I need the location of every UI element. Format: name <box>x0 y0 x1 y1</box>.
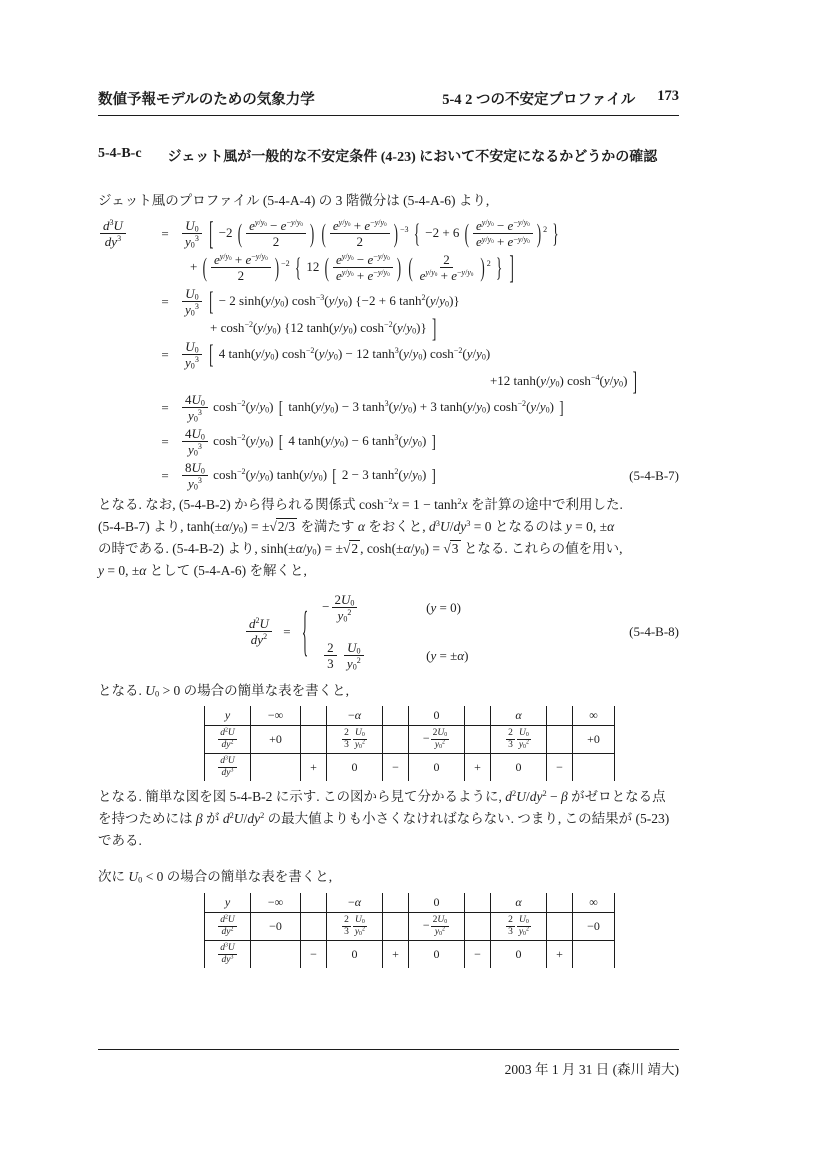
table-cell: 0 <box>409 940 465 967</box>
text-line: となる. なお, (5-4-B-2) から得られる関係式 cosh−2x = 1… <box>98 494 679 516</box>
equation-tag: (5-4-B-7) <box>629 468 679 484</box>
table-cell <box>301 893 327 913</box>
table-cell: −0 <box>251 912 301 940</box>
table-cell: + <box>301 754 327 781</box>
table-cell: y <box>205 706 251 726</box>
table-cell: d3Udy3 <box>205 754 251 781</box>
header-right: 5-4 2 つの不安定プロファイル 173 <box>442 88 679 109</box>
table-cell <box>383 706 409 726</box>
table-cell <box>547 706 573 726</box>
table-cell: 0 <box>409 754 465 781</box>
table-cell: d2Udy2 <box>205 726 251 754</box>
equation-rhs: 8U0y03 cosh−2(y/y0) tanh(y/y0) [ 2 − 3 t… <box>180 460 438 492</box>
table-row: d2Udy2+023U0y02−2U0y0223U0y02+0 <box>205 726 615 754</box>
table-cell: − <box>383 754 409 781</box>
table-cell <box>465 726 491 754</box>
case-row: −2U0y02 (y = 0) <box>322 592 468 624</box>
equals-sign: = <box>150 226 180 242</box>
table-cell <box>383 893 409 913</box>
equals-sign: = <box>150 347 180 363</box>
equation-line: =4U0y03 cosh−2(y/y0) [ 4 tanh(y/y0) − 6 … <box>98 426 679 458</box>
equals-sign: = <box>150 468 180 484</box>
table-cell: −α <box>327 706 383 726</box>
table-cell <box>547 893 573 913</box>
equation-rhs: + cosh−2(y/y0) {12 tanh(y/y0) cosh−2(y/y… <box>210 320 438 337</box>
equation-line: + (ey/y0 + e−y/y02)−2 { 12 (ey/y0 − e−y/… <box>98 252 679 284</box>
table-cell: − <box>301 940 327 967</box>
case-value: −2U0y02 <box>322 592 406 624</box>
table-cell: − <box>547 754 573 781</box>
equation-line: +12 tanh(y/y0) cosh−4(y/y0) ] <box>98 373 679 390</box>
table-row: d3Udy3−0+0−0+ <box>205 940 615 967</box>
table-cell: −α <box>327 893 383 913</box>
case-condition: (y = ±α) <box>426 648 468 664</box>
table-cell: d2Udy2 <box>205 912 251 940</box>
table-row: y−∞−α0α∞ <box>205 893 615 913</box>
equation-5-4-B-8: d2Udy2 = { −2U0y02 (y = 0) 23 U0y02 (y =… <box>98 592 679 672</box>
equation-rhs: +12 tanh(y/y0) cosh−4(y/y0) ] <box>490 373 639 390</box>
table-cell <box>251 940 301 967</box>
equation-line: d3Udy3=U0y03 [ −2 (ey/y0 − e−y/y02) (ey/… <box>98 218 679 250</box>
table-cell: α <box>491 706 547 726</box>
equation-line: + cosh−2(y/y0) {12 tanh(y/y0) cosh−2(y/y… <box>98 320 679 337</box>
section-title: ジェット風が一般的な不安定条件 (4-23) において不安定になるかどうかの確認 <box>168 146 658 166</box>
page-footer: 2003 年 1 月 31 日 (森川 靖大) <box>98 1049 679 1078</box>
equation-lhs: d3Udy3 <box>98 218 150 250</box>
table-cell: +0 <box>251 726 301 754</box>
equation-line: =U0y03 [ 4 tanh(y/y0) cosh−2(y/y0) − 12 … <box>98 339 679 371</box>
table-cell: 0 <box>327 940 383 967</box>
table-cell: 23U0y02 <box>491 912 547 940</box>
table-cell: ∞ <box>573 893 615 913</box>
table-cell: + <box>383 940 409 967</box>
cases-column: −2U0y02 (y = 0) 23 U0y02 (y = ±α) <box>322 592 468 672</box>
table-row: y−∞−α0α∞ <box>205 706 615 726</box>
table-cell: +0 <box>573 726 615 754</box>
table-cell: 0 <box>409 706 465 726</box>
table-cell: 23U0y02 <box>327 912 383 940</box>
equation-line: =U0y03 [ − 2 sinh(y/y0) cosh−3(y/y0) {−2… <box>98 286 679 318</box>
table-row: d3Udy3+0−0+0− <box>205 754 615 781</box>
case-row: 23 U0y02 (y = ±α) <box>322 640 468 672</box>
case-condition: (y = 0) <box>426 600 461 616</box>
text-line: の時である. (5-4-B-2) より, sinh(±α/y0) = ±√2, … <box>98 538 679 560</box>
table1-intro: となる. U0 > 0 の場合の簡単な表を書くと, <box>98 680 679 702</box>
table-cell: 0 <box>491 754 547 781</box>
equals-sign: = <box>150 434 180 450</box>
table-cell <box>573 754 615 781</box>
table-row: d2Udy2−023U0y02−2U0y0223U0y02−0 <box>205 912 615 940</box>
document-page: 数値予報モデルのための気象力学 5-4 2 つの不安定プロファイル 173 5-… <box>98 0 679 973</box>
table-cell <box>301 706 327 726</box>
table-cell: −0 <box>573 912 615 940</box>
page-number: 173 <box>657 88 679 109</box>
equals-sign: = <box>150 294 180 310</box>
sign-table-u0-negative: y−∞−α0α∞d2Udy2−023U0y02−2U0y0223U0y02−0d… <box>204 893 615 968</box>
table-cell: 23U0y02 <box>491 726 547 754</box>
table-cell: α <box>491 893 547 913</box>
table-cell <box>547 726 573 754</box>
page-header: 数値予報モデルのための気象力学 5-4 2 つの不安定プロファイル 173 <box>98 88 679 116</box>
equals-sign: = <box>150 400 180 416</box>
section-heading: 5-4-B-c ジェット風が一般的な不安定条件 (4-23) において不安定にな… <box>98 146 679 166</box>
eq8-lhs: d2Udy2 <box>244 616 274 648</box>
header-section-title: 5-4 2 つの不安定プロファイル <box>442 88 635 109</box>
cases-brace: { <box>300 623 310 640</box>
table-cell <box>383 912 409 940</box>
text-line: となる. 簡単な図を図 5-4-B-2 に示す. この図から見て分かるように, … <box>98 786 679 808</box>
table-cell: y <box>205 893 251 913</box>
text-line: y = 0, ±α として (5-4-A-6) を解くと, <box>98 560 679 582</box>
section-number: 5-4-B-c <box>98 146 142 166</box>
equation-rhs: U0y03 [ −2 (ey/y0 − e−y/y02) (ey/y0 + e−… <box>180 218 561 250</box>
table-cell <box>465 706 491 726</box>
table-cell: − <box>465 940 491 967</box>
equation-rhs: + (ey/y0 + e−y/y02)−2 { 12 (ey/y0 − e−y/… <box>190 252 516 284</box>
table-cell: 0 <box>409 893 465 913</box>
equation-5-4-B-7: d3Udy3=U0y03 [ −2 (ey/y0 − e−y/y02) (ey/… <box>98 218 679 492</box>
equation-rhs: U0y03 [ 4 tanh(y/y0) cosh−2(y/y0) − 12 t… <box>180 339 490 371</box>
intro-paragraph: ジェット風のプロファイル (5-4-A-4) の 3 階微分は (5-4-A-6… <box>98 190 679 212</box>
table-cell <box>301 912 327 940</box>
paragraph-after-table1: となる. 簡単な図を図 5-4-B-2 に示す. この図から見て分かるように, … <box>98 786 679 852</box>
table-cell <box>573 940 615 967</box>
table-cell: + <box>465 754 491 781</box>
table-cell: −∞ <box>251 893 301 913</box>
equation-line: =8U0y03 cosh−2(y/y0) tanh(y/y0) [ 2 − 3 … <box>98 460 679 492</box>
table-cell: −2U0y02 <box>409 726 465 754</box>
table-cell: 0 <box>327 754 383 781</box>
table-cell: ∞ <box>573 706 615 726</box>
table-cell <box>465 893 491 913</box>
table-cell <box>383 726 409 754</box>
equation-line: =4U0y03 cosh−2(y/y0) [ tanh(y/y0) − 3 ta… <box>98 392 679 424</box>
table-cell: −∞ <box>251 706 301 726</box>
table-cell: d3Udy3 <box>205 940 251 967</box>
sign-table-u0-positive: y−∞−α0α∞d2Udy2+023U0y02−2U0y0223U0y02+0d… <box>204 706 615 781</box>
text-line: を持つためには β が d2U/dy2 の最大値よりも小さくなければならない. … <box>98 808 679 830</box>
equation-rhs: U0y03 [ − 2 sinh(y/y0) cosh−3(y/y0) {−2 … <box>180 286 460 318</box>
equation-tag: (5-4-B-8) <box>629 624 679 640</box>
equation-rhs: 4U0y03 cosh−2(y/y0) [ tanh(y/y0) − 3 tan… <box>180 392 566 424</box>
case-value: 23 U0y02 <box>322 640 406 672</box>
equals-sign: = <box>274 624 300 640</box>
table-cell: 0 <box>491 940 547 967</box>
table-cell <box>547 912 573 940</box>
equation-rhs: 4U0y03 cosh−2(y/y0) [ 4 tanh(y/y0) − 6 t… <box>180 426 438 458</box>
table-cell: −2U0y02 <box>409 912 465 940</box>
text-line: (5-4-B-7) より, tanh(±α/y0) = ±√2/3 を満たす α… <box>98 516 679 538</box>
table-cell <box>251 754 301 781</box>
table-cell <box>301 726 327 754</box>
table-cell: 23U0y02 <box>327 726 383 754</box>
table2-intro: 次に U0 < 0 の場合の簡単な表を書くと, <box>98 866 679 888</box>
table-cell: + <box>547 940 573 967</box>
text-line: である. <box>98 830 679 852</box>
footer-date-author: 2003 年 1 月 31 日 (森川 靖大) <box>505 1062 679 1077</box>
paragraph-after-eq7: となる. なお, (5-4-B-2) から得られる関係式 cosh−2x = 1… <box>98 494 679 582</box>
header-book-title: 数値予報モデルのための気象力学 <box>98 88 315 109</box>
table-cell <box>465 912 491 940</box>
